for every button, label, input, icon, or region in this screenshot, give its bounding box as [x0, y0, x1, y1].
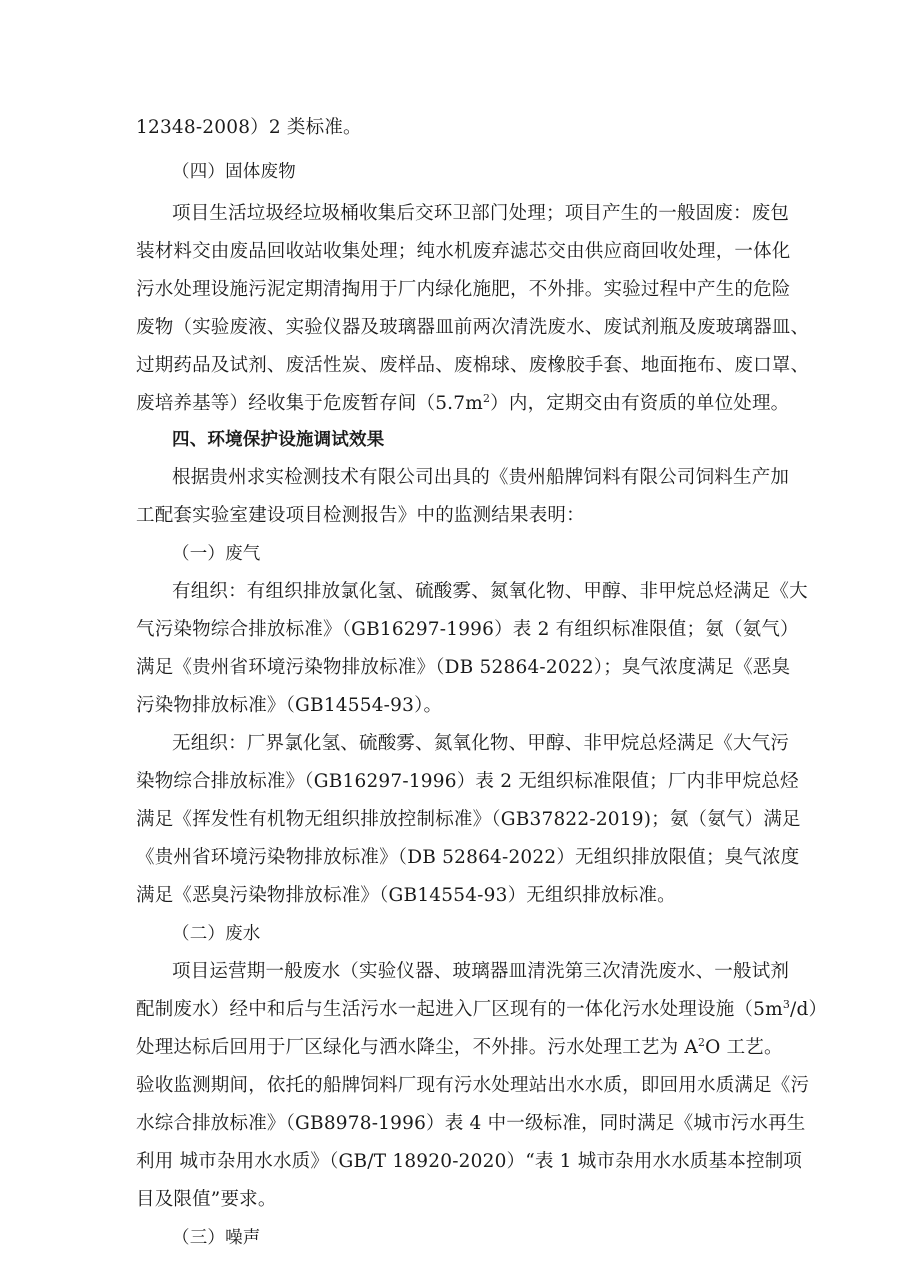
paragraph-line: 污染物排放标准》（GB14554-93）。: [136, 694, 776, 718]
paragraph-line: 染物综合排放标准》（GB16297-1996）表 2 无组织标准限值；厂内非甲烷…: [136, 770, 776, 794]
paragraph-line: 装材料交由废品回收站收集处理；纯水机废弃滤芯交由供应商回收处理，一体化: [136, 240, 776, 264]
paragraph-line: 目及限值”要求。: [136, 1188, 776, 1212]
paragraph-line: 水综合排放标准》（GB8978-1996）表 4 中一级标准，同时满足《城市污水…: [136, 1112, 776, 1136]
paragraph-line: 配制废水）经中和后与生活污水一起进入厂区现有的一体化污水处理设施（5m3/d）: [136, 998, 776, 1022]
text-segment: 配制废水）经中和后与生活污水一起进入厂区现有的一体化污水处理设施（5m: [136, 999, 783, 1020]
text-segment: ）内，定期交由有资质的单位处理。: [490, 393, 789, 414]
paragraph-line: 工配套实验室建设项目检测报告》中的监测结果表明：: [136, 504, 776, 528]
paragraph-line: 处理达标后回用于厂区绿化与洒水降尘，不外排。污水处理工艺为 A2O 工艺。: [136, 1036, 776, 1060]
section-heading-exhaust: （一）废气: [172, 542, 812, 566]
paragraph-line: 项目运营期一般废水（实验仪器、玻璃器皿清洗第三次清洗废水、一般试剂: [172, 960, 776, 984]
document-page: 12348-2008）2 类标准。 （四）固体废物 项目生活垃圾经垃圾桶收集后交…: [0, 0, 900, 1273]
paragraph-line: 满足《恶臭污染物排放标准》（GB14554-93）无组织排放标准。: [136, 884, 776, 908]
paragraph-line: 无组织：厂界氯化氢、硫酸雾、氮氧化物、甲醇、非甲烷总烃满足《大气污: [172, 732, 776, 756]
paragraph-line: 废物（实验废液、实验仪器及玻璃器皿前两次清洗废水、废试剂瓶及废玻璃器皿、: [136, 316, 776, 340]
section-heading-wastewater: （二）废水: [172, 922, 812, 946]
paragraph-line: 有组织：有组织排放氯化氢、硫酸雾、氮氧化物、甲醇、非甲烷总烃满足《大: [172, 580, 776, 604]
paragraph-line: 满足《贵州省环境污染物排放标准》（DB 52864-2022）；臭气浓度满足《恶…: [136, 656, 776, 680]
section-heading-main: 四、环境保护设施调试效果: [172, 428, 812, 452]
text-line: 12348-2008）2 类标准。: [136, 116, 776, 140]
paragraph-line: 气污染物综合排放标准》（GB16297-1996）表 2 有组织标准限值；氨（氨…: [136, 618, 776, 642]
text-segment: 处理达标后回用于厂区绿化与洒水降尘，不外排。污水处理工艺为 A: [136, 1037, 698, 1058]
section-heading-noise: （三）噪声: [172, 1226, 812, 1250]
superscript: 3: [783, 998, 790, 1011]
paragraph-line: 《贵州省环境污染物排放标准》（DB 52864-2022）无组织排放限值；臭气浓…: [136, 846, 776, 870]
text-segment: 废培养基等）经收集于危废暂存间（5.7m: [136, 393, 483, 414]
section-heading-solid-waste: （四）固体废物: [172, 160, 812, 184]
paragraph-line: 项目生活垃圾经垃圾桶收集后交环卫部门处理；项目产生的一般固废：废包: [172, 202, 776, 226]
paragraph-line: 过期药品及试剂、废活性炭、废样品、废棉球、废橡胶手套、地面拖布、废口罩、: [136, 354, 776, 378]
paragraph-line: 废培养基等）经收集于危废暂存间（5.7m2）内，定期交由有资质的单位处理。: [136, 392, 776, 416]
text-segment: O 工艺。: [705, 1037, 783, 1058]
paragraph-line: 满足《挥发性有机物无组织排放控制标准》（GB37822-2019)；氨（氨气）满…: [136, 808, 776, 832]
paragraph-line: 验收监测期间，依托的船牌饲料厂现有污水处理站出水水质，即回用水质满足《污: [136, 1074, 776, 1098]
paragraph-line: 根据贵州求实检测技术有限公司出具的《贵州船牌饲料有限公司饲料生产加: [172, 466, 776, 490]
text-segment: /d）: [790, 999, 827, 1020]
paragraph-line: 利用 城市杂用水水质》（GB/T 18920-2020）“表 1 城市杂用水水质…: [136, 1150, 776, 1174]
paragraph-line: 污水处理设施污泥定期清掏用于厂内绿化施肥，不外排。实验过程中产生的危险: [136, 278, 776, 302]
